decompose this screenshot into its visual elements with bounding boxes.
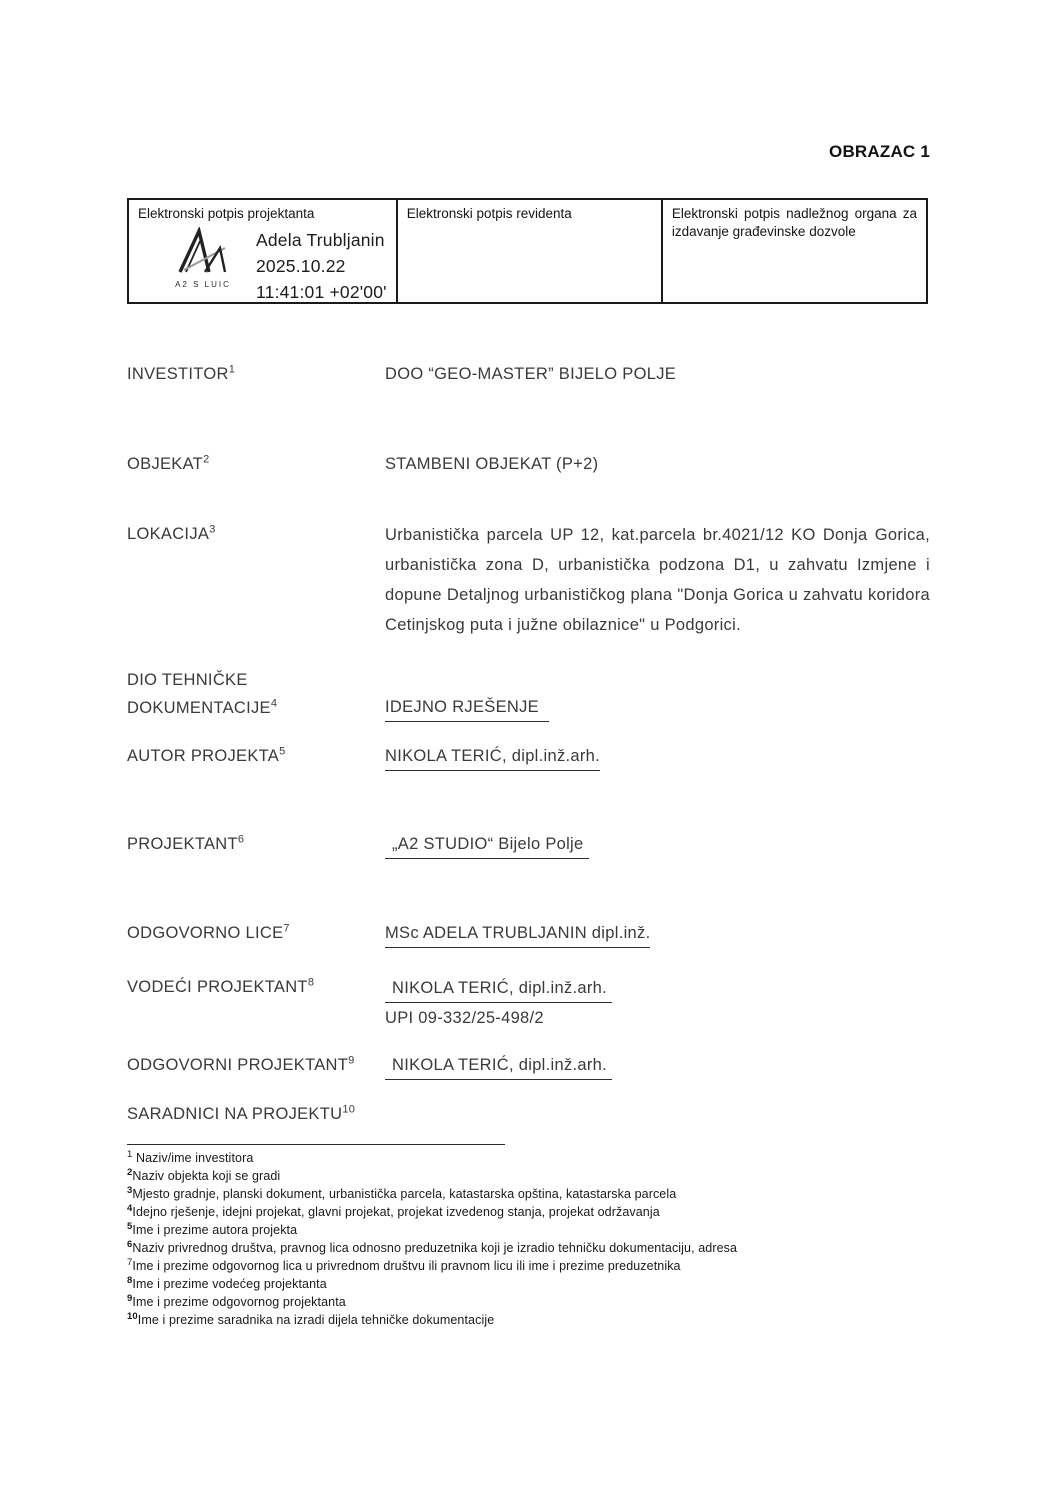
field-value: MSc ADELA TRUBLJANIN dipl.inž. [385,919,930,948]
label-text: ODGOVORNO LICE [127,924,283,942]
label-superscript: 4 [271,698,277,710]
label-text: ODGOVORNI PROJEKTANT [127,1056,348,1074]
field-label: AUTOR PROJEKTA5 [127,742,385,771]
field-value: „A2 STUDIO“ Bijelo Polje [385,830,930,859]
form-row-saradnici-na-projektu: SARADNICI NA PROJEKTU10 [127,1100,930,1128]
form-row-vodeci-projektant: VODEĆI PROJEKTANT8 NIKOLA TERIĆ, dipl.in… [127,973,930,1033]
underlined-value: NIKOLA TERIĆ, dipl.inž.arh. [385,1052,612,1080]
label-text: PROJEKTANT [127,835,238,853]
label-superscript: 8 [308,977,314,989]
label-text: SARADNICI NA PROJEKTU [127,1105,342,1123]
footnote: 1 Naziv/ime investitora [127,1149,957,1167]
underlined-value: MSc ADELA TRUBLJANIN dipl.inž. [385,920,650,948]
label-superscript: 2 [203,454,209,466]
footnotes-block: 1 Naziv/ime investitora 2Naziv objekta k… [127,1144,957,1329]
footnote-text: Ime i prezime vodećeg projektanta [132,1277,326,1291]
label-superscript: 3 [209,524,215,536]
signature-cell-header: Elektronski potpis revidenta [407,205,652,223]
label-superscript: 10 [342,1104,355,1116]
label-superscript: 7 [283,923,289,935]
label-text: INVESTITOR [127,365,229,383]
label-text: LOKACIJA [127,525,209,543]
label-superscript: 6 [238,834,244,846]
form-row-odgovorno-lice: ODGOVORNO LICE7 MSc ADELA TRUBLJANIN dip… [127,919,930,948]
form-row-lokacija: LOKACIJA3 Urbanistička parcela UP 12, ka… [127,520,930,640]
footnote-text: Idejno rješenje, idejni projekat, glavni… [132,1205,659,1219]
underlined-value: IDEJNO RJEŠENJE [385,694,549,722]
field-label: ODGOVORNO LICE7 [127,919,385,948]
field-label: DIO TEHNIČKE DOKUMENTACIJE4 [127,666,385,722]
footnote: 3Mjesto gradnje, planski dokument, urban… [127,1185,957,1203]
footnote-text: Ime i prezime saradnika na izradi dijela… [138,1313,494,1327]
field-label: OBJEKAT2 [127,450,385,478]
form-row-projektant: PROJEKTANT6 „A2 STUDIO“ Bijelo Polje [127,830,930,859]
underlined-value: NIKOLA TERIĆ, dipl.inž.arh. [385,975,612,1003]
label-text: VODEĆI PROJEKTANT [127,978,308,996]
digital-signature: A2 S LUIC Adela Trubljanin 2025.10.22 11… [138,227,387,305]
signature-cell-revident: Elektronski potpis revidenta [398,200,663,302]
footnote: 8Ime i prezime vodećeg projektanta [127,1275,957,1293]
footnote-separator [127,1144,505,1145]
label-text: DIO TEHNIČKE DOKUMENTACIJE [127,671,271,717]
field-value: NIKOLA TERIĆ, dipl.inž.arh. [385,742,930,771]
field-label: LOKACIJA3 [127,520,385,640]
field-value: NIKOLA TERIĆ, dipl.inž.arh. UPI 09-332/2… [385,973,930,1033]
footnote: 2Naziv objekta koji se gradi [127,1167,957,1185]
field-value: IDEJNO RJEŠENJE [385,693,930,722]
label-superscript: 1 [229,364,235,376]
signature-cell-nadlezni-organ: Elektronski potpis nadležnog organa za i… [663,200,926,302]
footnote-text: Ime i prezime autora projekta [132,1223,297,1237]
footnote-text: Ime i prezime odgovornog lica u privredn… [132,1259,680,1273]
signature-date: 2025.10.22 [256,253,387,279]
label-superscript: 5 [279,746,285,758]
field-value: Urbanistička parcela UP 12, kat.parcela … [385,520,930,640]
field-value [385,1100,930,1128]
signature-cell-header: Elektronski potpis nadležnog organa za i… [672,205,917,240]
form-row-dio-tehnicke-dokumentacije: DIO TEHNIČKE DOKUMENTACIJE4 IDEJNO RJEŠE… [127,666,930,722]
field-value: DOO “GEO-MASTER” BIJELO POLJE [385,360,930,388]
signature-details: Adela Trubljanin 2025.10.22 11:41:01 +02… [256,227,387,305]
footnote-text: Naziv privrednog društva, pravnog lica o… [132,1241,737,1255]
footnote: 7Ime i prezime odgovornog lica u privred… [127,1257,957,1275]
footnote: 5Ime i prezime autora projekta [127,1221,957,1239]
signature-cell-header: Elektronski potpis projektanta [138,205,387,223]
signature-table: Elektronski potpis projektanta A2 S LUIC… [127,198,928,304]
label-text: OBJEKAT [127,455,203,473]
footnote: 6Naziv privrednog društva, pravnog lica … [127,1239,957,1257]
upi-number: UPI 09-332/25-498/2 [385,1009,544,1027]
field-value: STAMBENI OBJEKAT (P+2) [385,450,930,478]
field-label: INVESTITOR1 [127,360,385,388]
field-label: VODEĆI PROJEKTANT8 [127,973,385,1033]
field-label: PROJEKTANT6 [127,830,385,859]
a2-studio-logo-icon [175,227,231,275]
footnote-text: Naziv/ime investitora [132,1151,253,1165]
signature-logo: A2 S LUIC [164,227,242,294]
footnote: 10Ime i prezime saradnika na izradi dije… [127,1311,957,1329]
footnote: 4Idejno rješenje, idejni projekat, glavn… [127,1203,957,1221]
form-row-odgovorni-projektant: ODGOVORNI PROJEKTANT9 NIKOLA TERIĆ, dipl… [127,1051,930,1080]
footnote-text: Mjesto gradnje, planski dokument, urbani… [132,1187,676,1201]
field-label: ODGOVORNI PROJEKTANT9 [127,1051,385,1080]
footnote-number: 10 [127,1311,138,1322]
footnote: 9Ime i prezime odgovornog projektanta [127,1293,957,1311]
form-row-autor-projekta: AUTOR PROJEKTA5 NIKOLA TERIĆ, dipl.inž.a… [127,742,930,771]
underlined-value: „A2 STUDIO“ Bijelo Polje [385,831,589,859]
signature-time: 11:41:01 +02'00' [256,279,387,305]
field-value: NIKOLA TERIĆ, dipl.inž.arh. [385,1051,930,1080]
footnote-text: Naziv objekta koji se gradi [132,1169,280,1183]
page-title: OBRAZAC 1 [0,142,930,162]
form-row-objekat: OBJEKAT2 STAMBENI OBJEKAT (P+2) [127,450,930,478]
field-label: SARADNICI NA PROJEKTU10 [127,1100,385,1128]
signature-logo-caption: A2 S LUIC [164,276,242,294]
label-superscript: 9 [348,1055,354,1067]
underlined-value: NIKOLA TERIĆ, dipl.inž.arh. [385,743,600,771]
footnote-text: Ime i prezime odgovornog projektanta [132,1295,345,1309]
signer-name: Adela Trubljanin [256,227,387,253]
label-text: AUTOR PROJEKTA [127,747,279,765]
signature-cell-projektant: Elektronski potpis projektanta A2 S LUIC… [129,200,398,302]
form-row-investitor: INVESTITOR1 DOO “GEO-MASTER” BIJELO POLJ… [127,360,930,388]
